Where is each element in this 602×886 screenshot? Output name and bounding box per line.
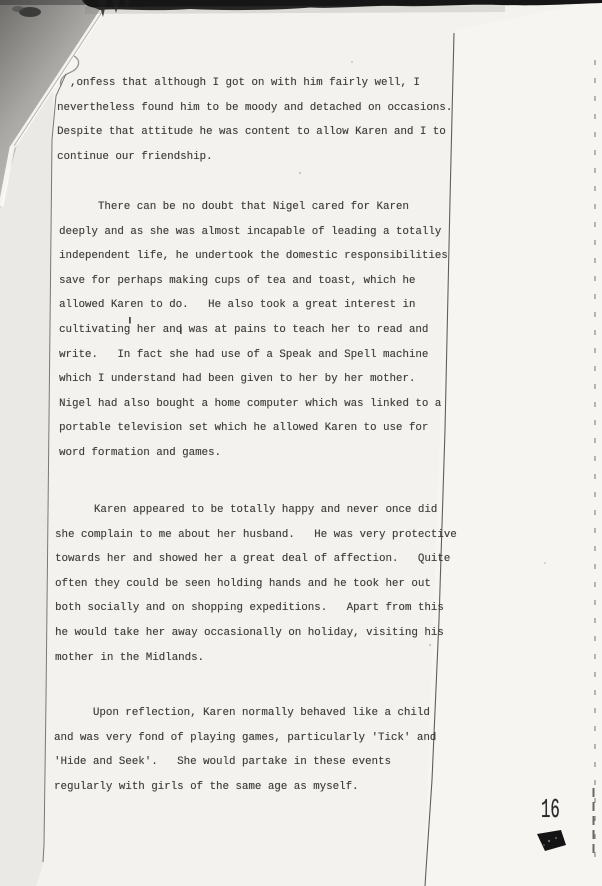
- scanned-document-page: ,onfess that although I got on with him …: [0, 0, 602, 886]
- top-band-left-fade: [0, 0, 85, 5]
- page-number: 16: [541, 798, 560, 825]
- text-line: mother in the Midlands.: [55, 646, 457, 671]
- text-line: and was very fond of playing games, part…: [54, 726, 436, 751]
- redaction-speckle: [548, 840, 550, 842]
- text-line: ,onfess that although I got on with him …: [57, 71, 452, 96]
- text-line: There can be no doubt that Nigel cared f…: [59, 195, 448, 220]
- paragraph-friendship: ,onfess that although I got on with him …: [57, 71, 452, 169]
- text-line: cultivating her and was at pains to teac…: [59, 318, 448, 343]
- text-line: towards her and showed her a great deal …: [55, 547, 457, 572]
- text-line: word formation and games.: [59, 441, 448, 466]
- text-line: deeply and as she was almost incapable o…: [59, 220, 448, 245]
- text-line: which I understand had been given to her…: [59, 367, 448, 392]
- paper-speck: [299, 172, 301, 174]
- text-line: write. In fact she had use of a Speak an…: [59, 343, 448, 368]
- paper-speck: [544, 562, 546, 564]
- corner-ink-smudge-small: [12, 6, 24, 12]
- paragraph-nigel-care: There can be no doubt that Nigel cared f…: [59, 195, 448, 466]
- text-line: she complain to me about her husband. He…: [55, 523, 457, 548]
- redaction-speckle: [555, 837, 557, 839]
- text-line: Nigel had also bought a home computer wh…: [59, 392, 448, 417]
- text-line: Despite that attitude he was content to …: [57, 120, 452, 145]
- text-line: both socially and on shopping expedition…: [55, 596, 457, 621]
- text-line: independent life, he undertook the domes…: [59, 244, 448, 269]
- text-line: regularly with girls of the same age as …: [54, 775, 436, 800]
- text-line: 'Hide and Seek'. She would partake in th…: [54, 750, 436, 775]
- text-line: often they could be seen holding hands a…: [55, 572, 457, 597]
- text-line: Upon reflection, Karen normally behaved …: [54, 701, 436, 726]
- text-line: save for perhaps making cups of tea and …: [59, 269, 448, 294]
- redaction-speckle: [543, 844, 545, 846]
- text-line: portable television set which he allowed…: [59, 416, 448, 441]
- paragraph-karen-happy: Karen appeared to be totally happy and n…: [55, 498, 457, 670]
- paragraph-reflection: Upon reflection, Karen normally behaved …: [54, 701, 436, 799]
- text-line: Karen appeared to be totally happy and n…: [55, 498, 457, 523]
- text-line: continue our friendship.: [57, 145, 452, 170]
- text-line: allowed Karen to do. He also took a grea…: [59, 293, 448, 318]
- text-line: nevertheless found him to be moody and d…: [57, 96, 452, 121]
- paper-speck: [351, 61, 353, 63]
- text-line: he would take her away occasionally on h…: [55, 621, 457, 646]
